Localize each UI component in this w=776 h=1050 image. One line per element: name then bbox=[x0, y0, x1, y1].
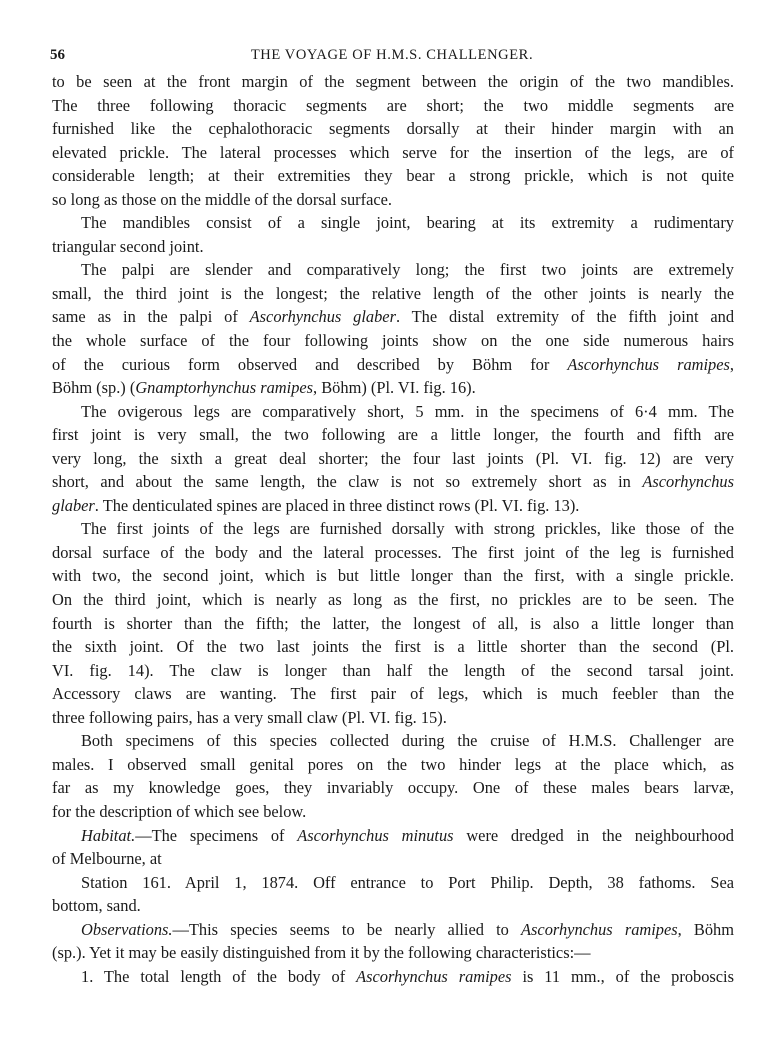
text-span: the whole surface of the four following … bbox=[52, 331, 734, 350]
text-line: 1. The total length of the body of Ascor… bbox=[52, 965, 734, 989]
text-span: dorsal surface of the body and the later… bbox=[52, 543, 734, 562]
text-line: same as in the palpi of Ascorhynchus gla… bbox=[52, 305, 734, 329]
text-line: furnished like the cephalothoracic segme… bbox=[52, 117, 734, 141]
text-span: of Melbourne, at bbox=[52, 849, 162, 868]
text-span: furnished like the cephalothoracic segme… bbox=[52, 119, 734, 138]
text-span: The three following thoracic segments ar… bbox=[52, 96, 734, 115]
text-line: Station 161. April 1, 1874. Off entrance… bbox=[52, 871, 734, 895]
italic-text: Observations. bbox=[81, 920, 173, 939]
text-line: The palpi are slender and comparatively … bbox=[52, 258, 734, 282]
text-line: far as my knowledge goes, they invariabl… bbox=[52, 776, 734, 800]
text-span: triangular second joint. bbox=[52, 237, 204, 256]
text-line: dorsal surface of the body and the later… bbox=[52, 541, 734, 565]
text-line: elevated prickle. The lateral processes … bbox=[52, 141, 734, 165]
text-span: The ovigerous legs are comparatively sho… bbox=[81, 402, 734, 421]
text-span: The palpi are slender and comparatively … bbox=[81, 260, 734, 279]
text-span: Accessory claws are wanting. The first p… bbox=[52, 684, 734, 703]
text-span: bottom, sand. bbox=[52, 896, 141, 915]
text-span: —The specimens of bbox=[135, 826, 297, 845]
text-span: first joint is very small, the two follo… bbox=[52, 425, 734, 444]
text-line: The three following thoracic segments ar… bbox=[52, 94, 734, 118]
text-span: VI. fig. 14). The claw is longer than ha… bbox=[52, 661, 734, 680]
text-span: is 11 mm., of the proboscis bbox=[512, 967, 734, 986]
text-span: so long as those on the middle of the do… bbox=[52, 190, 392, 209]
text-span: —This species seems to be nearly allied … bbox=[173, 920, 522, 939]
text-line: considerable length; at their extremitie… bbox=[52, 164, 734, 188]
text-line: first joint is very small, the two follo… bbox=[52, 423, 734, 447]
italic-text: Ascorhynchus bbox=[642, 472, 734, 491]
italic-text: Ascorhynchus ramipes bbox=[356, 967, 511, 986]
italic-text: Ascorhynchus minutus bbox=[297, 826, 453, 845]
text-span: , bbox=[730, 355, 734, 374]
text-line: fourth is shorter than the fifth; the la… bbox=[52, 612, 734, 636]
text-span: (sp.). Yet it may be easily distinguishe… bbox=[52, 943, 591, 962]
italic-text: Gnamptorhynchus ramipes bbox=[135, 378, 313, 397]
text-line: short, and about the same length, the cl… bbox=[52, 470, 734, 494]
text-line: three following pairs, has a very small … bbox=[52, 706, 734, 730]
body-text: to be seen at the front margin of the se… bbox=[52, 70, 734, 988]
text-line: The mandibles consist of a single joint,… bbox=[52, 211, 734, 235]
text-span: , Böhm) (Pl. VI. fig. 16). bbox=[313, 378, 476, 397]
text-line: Both specimens of this species collected… bbox=[52, 729, 734, 753]
text-span: very long, the sixth a great deal shorte… bbox=[52, 449, 734, 468]
text-span: The first joints of the legs are furnish… bbox=[81, 519, 734, 538]
text-line: for the description of which see below. bbox=[52, 800, 734, 824]
text-line: Accessory claws are wanting. The first p… bbox=[52, 682, 734, 706]
text-span: small, the third joint is the longest; t… bbox=[52, 284, 734, 303]
text-span: elevated prickle. The lateral processes … bbox=[52, 143, 734, 162]
text-line: Habitat.—The specimens of Ascorhynchus m… bbox=[52, 824, 734, 848]
text-span: were dredged in the neighbourhood bbox=[454, 826, 734, 845]
text-line: Observations.—This species seems to be n… bbox=[52, 918, 734, 942]
text-line: bottom, sand. bbox=[52, 894, 734, 918]
text-span: same as in the palpi of bbox=[52, 307, 250, 326]
text-span: On the third joint, which is nearly as l… bbox=[52, 590, 734, 609]
text-line: (sp.). Yet it may be easily distinguishe… bbox=[52, 941, 734, 965]
text-span: , Böhm bbox=[678, 920, 734, 939]
text-line: glaber. The denticulated spines are plac… bbox=[52, 494, 734, 518]
text-span: . The denticulated spines are placed in … bbox=[95, 496, 580, 515]
text-span: The mandibles consist of a single joint,… bbox=[81, 213, 734, 232]
text-span: with two, the second joint, which is but… bbox=[52, 566, 734, 585]
text-line: of Melbourne, at bbox=[52, 847, 734, 871]
text-line: VI. fig. 14). The claw is longer than ha… bbox=[52, 659, 734, 683]
text-span: for the description of which see below. bbox=[52, 802, 306, 821]
text-line: Böhm (sp.) (Gnamptorhynchus ramipes, Böh… bbox=[52, 376, 734, 400]
text-line: The first joints of the legs are furnish… bbox=[52, 517, 734, 541]
italic-text: Ascorhynchus ramipes bbox=[521, 920, 678, 939]
text-span: considerable length; at their extremitie… bbox=[52, 166, 734, 185]
text-span: . The distal extremity of the fifth join… bbox=[396, 307, 734, 326]
text-span: Böhm (sp.) ( bbox=[52, 378, 135, 397]
text-span: three following pairs, has a very small … bbox=[52, 708, 447, 727]
text-line: triangular second joint. bbox=[52, 235, 734, 259]
text-line: The ovigerous legs are comparatively sho… bbox=[52, 400, 734, 424]
text-line: On the third joint, which is nearly as l… bbox=[52, 588, 734, 612]
text-line: to be seen at the front margin of the se… bbox=[52, 70, 734, 94]
text-line: with two, the second joint, which is but… bbox=[52, 564, 734, 588]
text-line: males. I observed small genital pores on… bbox=[52, 753, 734, 777]
text-span: Both specimens of this species collected… bbox=[81, 731, 734, 750]
text-span: Station 161. April 1, 1874. Off entrance… bbox=[81, 873, 734, 892]
text-line: the sixth joint. Of the two last joints … bbox=[52, 635, 734, 659]
italic-text: Ascorhynchus glaber bbox=[250, 307, 396, 326]
italic-text: glaber bbox=[52, 496, 95, 515]
text-line: very long, the sixth a great deal shorte… bbox=[52, 447, 734, 471]
text-line: small, the third joint is the longest; t… bbox=[52, 282, 734, 306]
text-span: to be seen at the front margin of the se… bbox=[52, 72, 734, 91]
text-line: so long as those on the middle of the do… bbox=[52, 188, 734, 212]
running-title: THE VOYAGE OF H.M.S. CHALLENGER. bbox=[50, 47, 734, 64]
text-span: far as my knowledge goes, they invariabl… bbox=[52, 778, 734, 797]
text-span: short, and about the same length, the cl… bbox=[52, 472, 642, 491]
italic-text: Ascorhynchus ramipes bbox=[567, 355, 730, 374]
text-line: of the curious form observed and describ… bbox=[52, 353, 734, 377]
text-span: the sixth joint. Of the two last joints … bbox=[52, 637, 734, 656]
text-span: males. I observed small genital pores on… bbox=[52, 755, 734, 774]
text-span: 1. The total length of the body of bbox=[81, 967, 356, 986]
text-line: the whole surface of the four following … bbox=[52, 329, 734, 353]
running-header: 56 THE VOYAGE OF H.M.S. CHALLENGER. bbox=[50, 47, 734, 67]
text-span: of the curious form observed and describ… bbox=[52, 355, 567, 374]
italic-text: Habitat. bbox=[81, 826, 135, 845]
text-span: fourth is shorter than the fifth; the la… bbox=[52, 614, 734, 633]
